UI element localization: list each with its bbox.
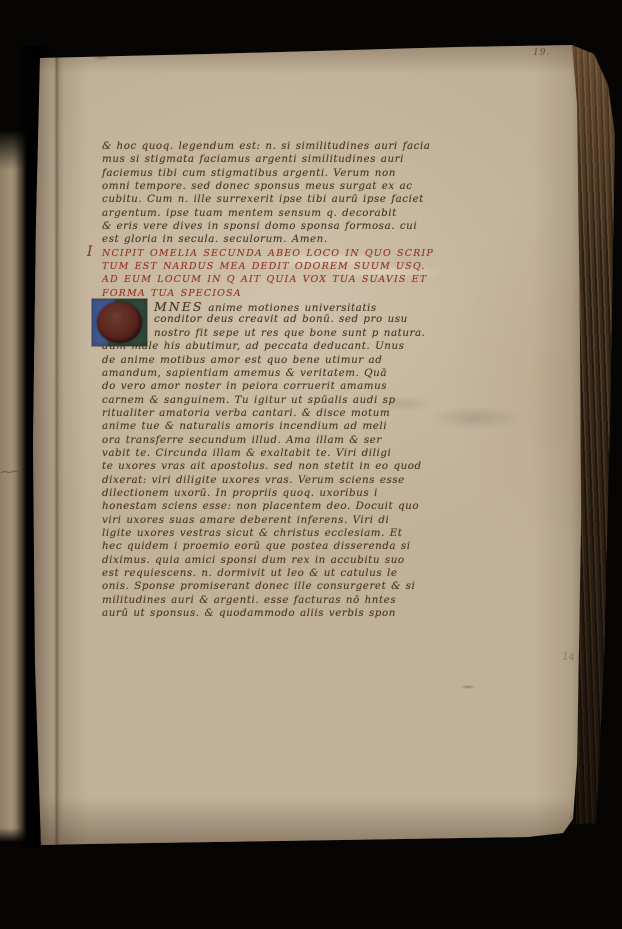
manuscript-line: nostro fit sepe ut res que bone sunt p n… xyxy=(102,327,454,340)
manuscript-line: militudines auri & argenti. esse factura… xyxy=(102,594,454,607)
manuscript-page: 19. I O & hoc quoq. legendum est: n. si … xyxy=(28,44,590,845)
manuscript-line: vabit te. Circunda illam & exaltabit te.… xyxy=(102,447,454,460)
illuminated-initial-O: O xyxy=(92,299,147,346)
manuscript-line: faciemus tibi cum stigmatibus argenti. V… xyxy=(102,167,454,180)
manuscript-line: TUM EST NARDUS MEA DEDIT ODOREM SUUM USQ… xyxy=(102,260,454,273)
manuscript-line: cubitu. Cum n. ille surrexerit ipse tibi… xyxy=(102,193,454,206)
manuscript-line: mus si stigmata faciamus argenti similit… xyxy=(102,153,454,166)
manuscript-line: argentum. ipse tuam mentem sensum q. dec… xyxy=(102,207,454,220)
lead-capitals: MNES xyxy=(154,299,203,314)
manuscript-line: amandum, sapientiam amemus & veritatem. … xyxy=(102,367,454,380)
manuscript-line: est requiescens. n. dormivit ut leo & ut… xyxy=(102,567,454,580)
rubric-marginal-initial: I xyxy=(87,244,93,260)
manuscript-line: MNES anime motiones universitatis xyxy=(102,300,454,313)
manuscript-line: ritualiter amatoria verba cantari. & dis… xyxy=(102,407,454,420)
text-block: I O & hoc quoq. legendum est: n. si simi… xyxy=(102,140,454,620)
manuscript-line: est gloria in secula. seculorum. Amen. xyxy=(102,233,454,246)
manuscript-line: ora transferre secundum illud. Ama illam… xyxy=(102,434,454,447)
manuscript-line: FORMA TUA SPECIOSA xyxy=(102,287,454,300)
manuscript-line: carnem & sanguinem. Tu igitur ut spūalis… xyxy=(102,394,454,407)
manuscript-line: ligite uxores vestras sicut & christus e… xyxy=(102,527,454,540)
manuscript-line: dixerat: viri diligite uxores vras. Veru… xyxy=(102,474,454,487)
manuscript-line: dilectionem uxorū. In propriis quoq. uxo… xyxy=(102,487,454,500)
manuscript-lines: & hoc quoq. legendum est: n. si similitu… xyxy=(102,140,454,620)
manuscript-line: NCIPIT OMELIA SECUNDA ABEO LOCO IN QUO S… xyxy=(102,247,454,260)
margin-pen-mark xyxy=(0,466,22,478)
initial-letter: O xyxy=(106,305,128,335)
manuscript-line: viri uxores suas amare deberent inferens… xyxy=(102,514,454,527)
manuscript-line: & hoc quoq. legendum est: n. si similitu… xyxy=(102,140,454,153)
manuscript-line: honestam sciens esse: non placentem deo.… xyxy=(102,500,454,513)
manuscript-line: & eris vere dives in sponsi domo sponsa … xyxy=(102,220,454,233)
manuscript-line: diximus. quia amici sponsi dum rex in ac… xyxy=(102,554,454,567)
manuscript-line: aurū ut sponsus. & quodammodo aliis verb… xyxy=(102,607,454,620)
manuscript-line: AD EUM LOCUM IN Q AIT QUIA VOX TUA SUAVI… xyxy=(102,273,454,286)
manuscript-line: do vero amor noster in peiora corruerit … xyxy=(102,380,454,393)
manuscript-line: te uxores vras ait apostolus. sed non st… xyxy=(102,460,454,473)
manuscript-line: conditor deus creavit ad bonū. sed pro u… xyxy=(102,313,454,326)
manuscript-line: hec quidem i proemio eorū que postea dis… xyxy=(102,540,454,553)
manuscript-line: omni tempore. sed donec sponsus meus sur… xyxy=(102,180,454,193)
pencil-annotation: 14 xyxy=(561,651,575,664)
manuscript-line: onis. Sponse promiserant donec ille cons… xyxy=(102,580,454,593)
manuscript-line: dum male his abutimur, ad peccata deduca… xyxy=(102,340,454,353)
manuscript-line: anime tue & naturalis amoris incendium a… xyxy=(102,420,454,433)
photograph-background: { "photo": { "background_color": "#06050… xyxy=(0,0,622,929)
manuscript-line: de anime motibus amor est quo bene utimu… xyxy=(102,354,454,367)
folio-number: 19. xyxy=(533,48,550,58)
